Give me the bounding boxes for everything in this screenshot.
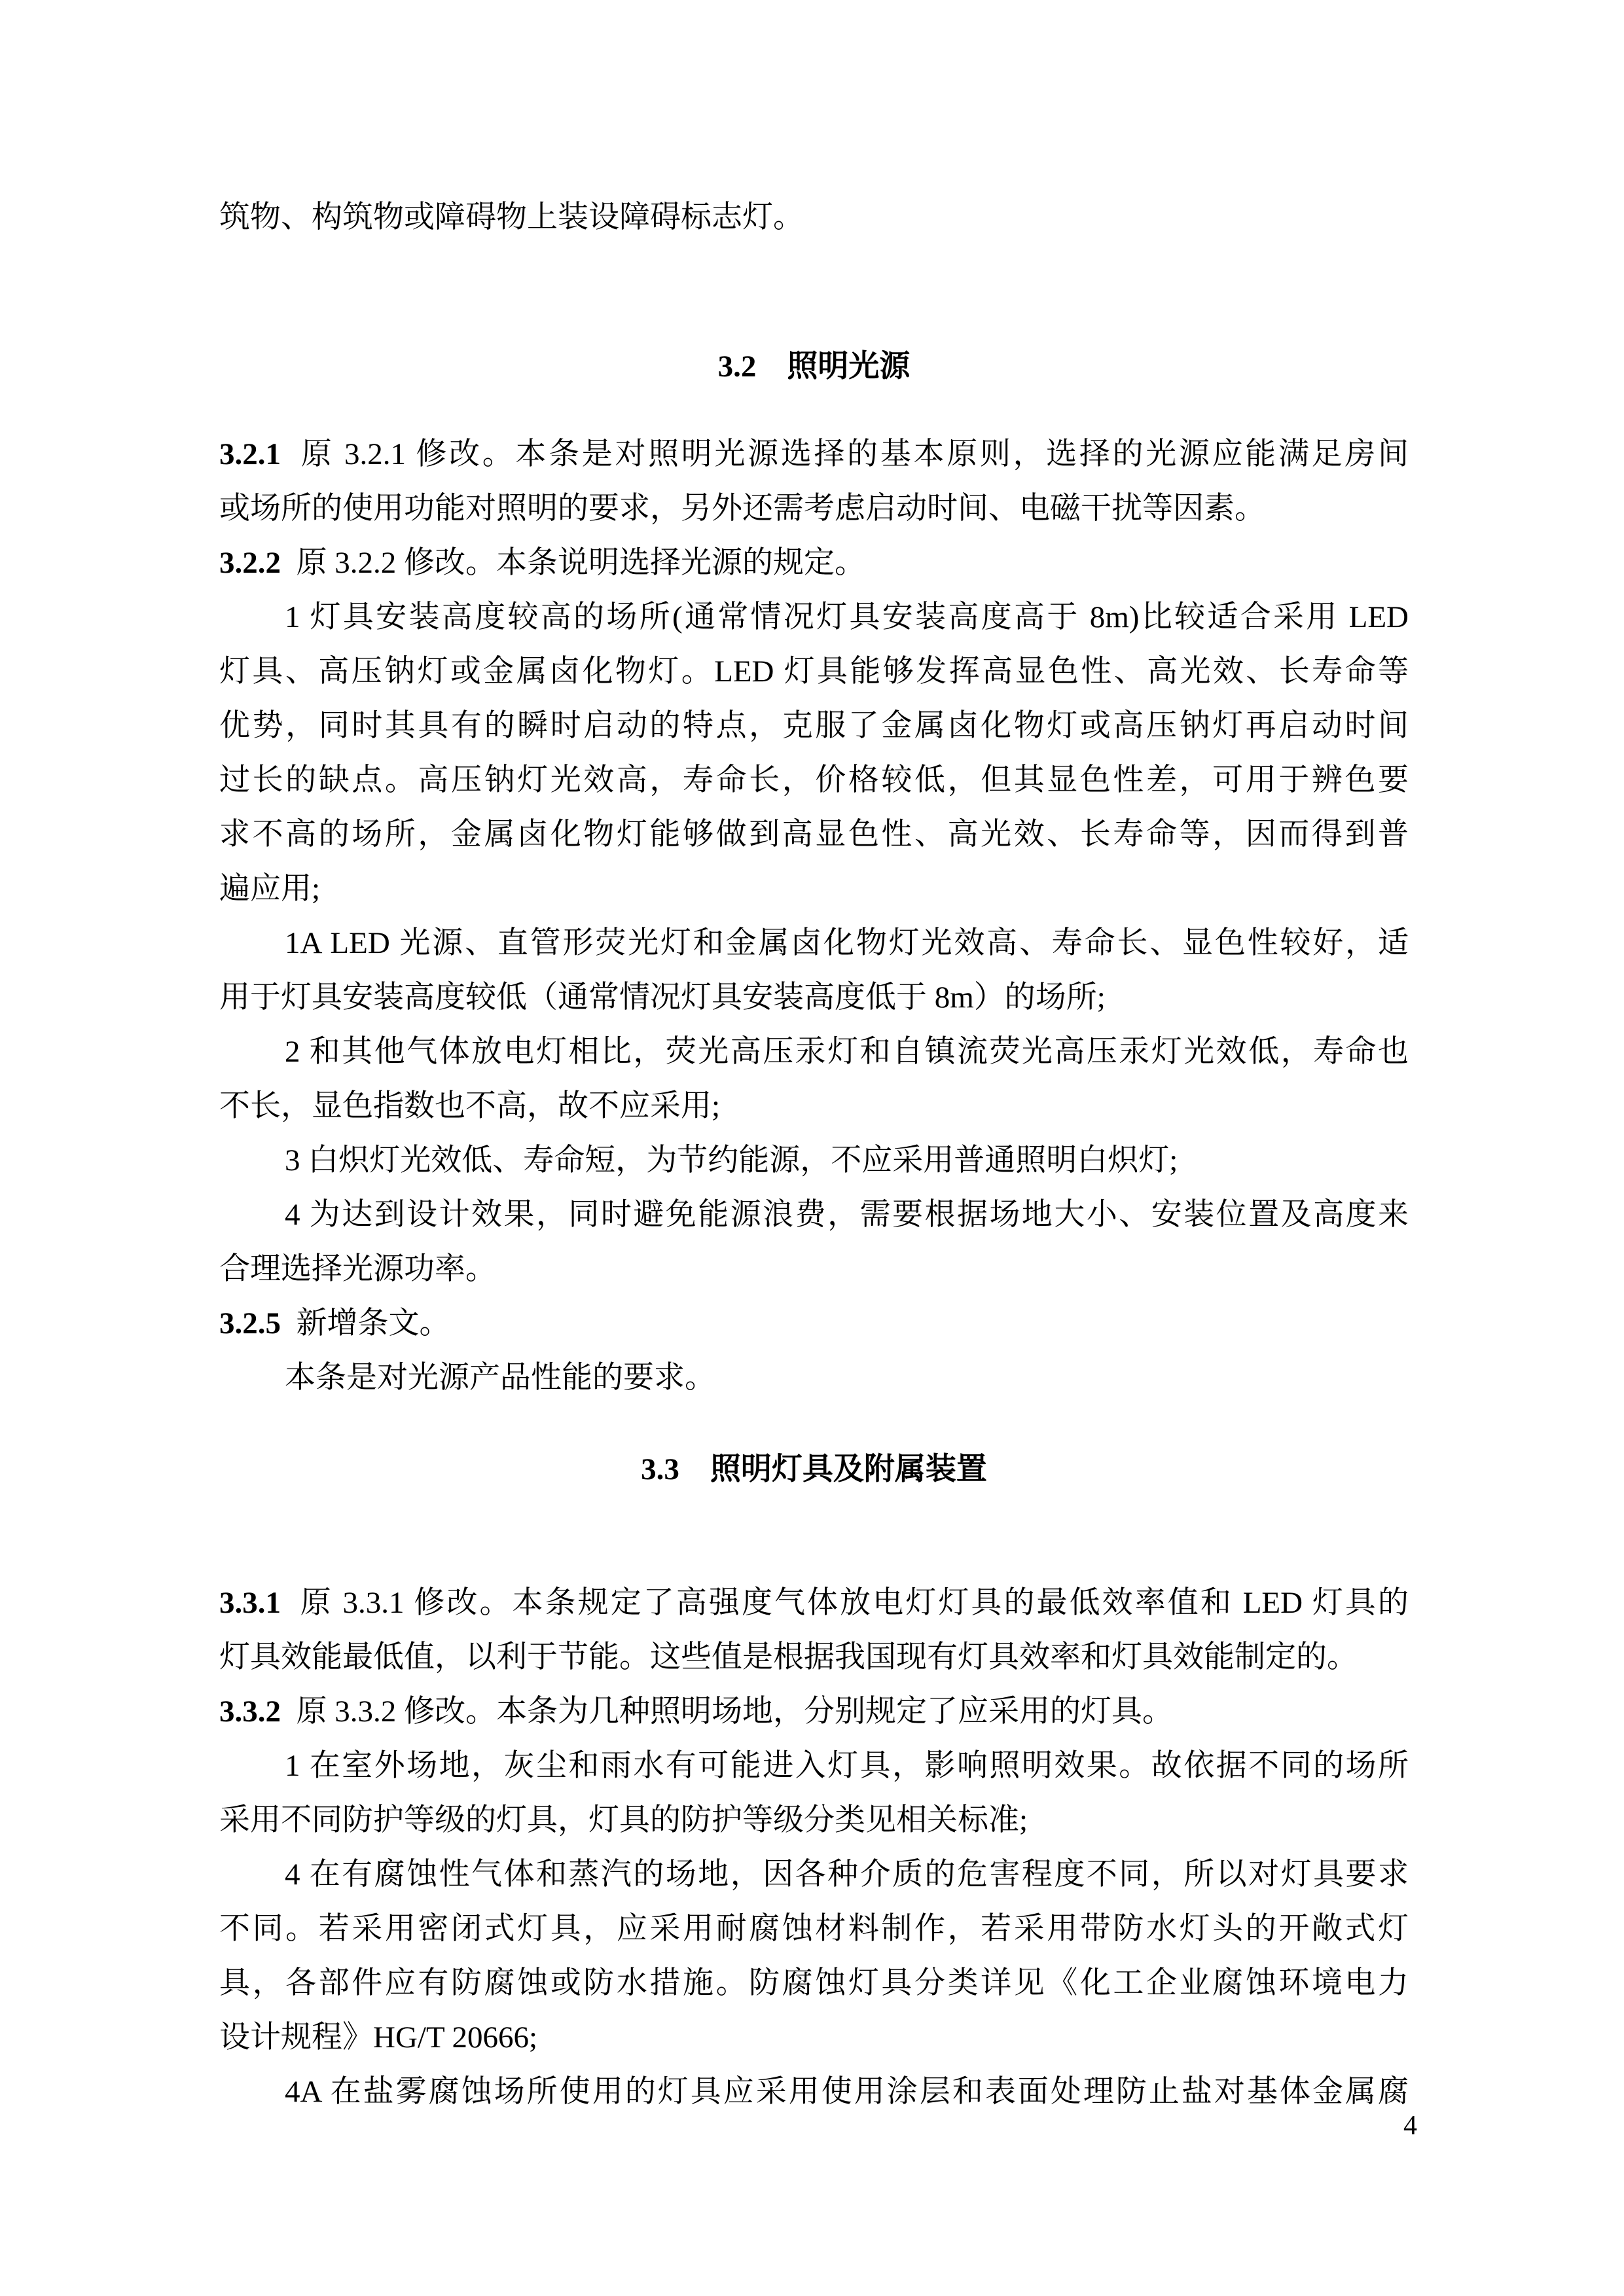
text-line: 3 白炽灯光效低、寿命短，为节约能源，不应采用普通照明白炽灯; (219, 1133, 1409, 1188)
text-segment: 原 3.3.2 修改。本条为几种照明场地，分别规定了应采用的灯具。 (281, 1695, 1173, 1729)
text-line: 筑物、构筑物或障碍物上装设障碍标志灯。 (219, 190, 1409, 245)
text-segment: 具，各部件应有防腐蚀或防水措施。防腐蚀灯具分类详见《化工企业腐蚀环境电力 (219, 1966, 1409, 2000)
bold-text-segment: 3.2.1 (219, 437, 281, 471)
text-line: 4 在有腐蚀性气体和蒸汽的场地，因各种介质的危害程度不同，所以对灯具要求 (219, 1847, 1409, 1902)
text-segment: 4A 在盐雾腐蚀场所使用的灯具应采用使用涂层和表面处理防止盐对基体金属腐 (285, 2075, 1409, 2109)
text-segment: 过长的缺点。高压钠灯光效高，寿命长，价格较低，但其显色性差，可用于辨色要 (219, 763, 1409, 797)
text-line: 设计规程》HG/T 20666; (219, 2010, 1409, 2065)
text-line: 不长，显色指数也不高，故不应采用; (219, 1079, 1409, 1134)
text-segment: 求不高的场所，金属卤化物灯能够做到高显色性、高光效、长寿命等，因而得到普 (219, 817, 1409, 852)
bold-text-segment: 3.3.1 (219, 1586, 281, 1620)
text-line: 3.3.2 原 3.3.2 修改。本条为几种照明场地，分别规定了应采用的灯具。 (219, 1684, 1409, 1739)
text-line: 本条是对光源产品性能的要求。 (219, 1350, 1409, 1405)
text-line: 遍应用; (219, 861, 1409, 916)
text-segment: 1A LED 光源、直管形荧光灯和金属卤化物灯光效高、寿命长、显色性较好，适 (285, 926, 1409, 960)
bold-text-segment: 3.2.2 (219, 546, 281, 580)
text-line: 灯具、高压钠灯或金属卤化物灯。LED 灯具能够发挥高显色性、高光效、长寿命等 (219, 644, 1409, 699)
text-line: 用于灯具安装高度较低（通常情况灯具安装高度低于 8m）的场所; (219, 970, 1409, 1025)
text-segment: 不长，显色指数也不高，故不应采用; (219, 1089, 720, 1123)
bold-text-segment: 3.3 照明灯具及附属装置 (641, 1452, 987, 1486)
text-line: 合理选择光源功率。 (219, 1242, 1409, 1297)
text-line: 灯具效能最低值，以利于节能。这些值是根据我国现有灯具效率和灯具效能制定的。 (219, 1630, 1409, 1685)
text-segment: 原 3.2.2 修改。本条说明选择光源的规定。 (281, 546, 865, 580)
text-segment: 用于灯具安装高度较低（通常情况灯具安装高度低于 8m）的场所; (219, 980, 1106, 1014)
text-line: 3.2.2 原 3.2.2 修改。本条说明选择光源的规定。 (219, 535, 1409, 590)
text-line: 3.2.1 原 3.2.1 修改。本条是对照明光源选择的基本原则，选择的光源应能… (219, 427, 1409, 482)
text-segment: 或场所的使用功能对照明的要求，另外还需考虑启动时间、电磁干扰等因素。 (219, 492, 1265, 526)
text-segment: 原 3.2.1 修改。本条是对照明光源选择的基本原则，选择的光源应能满足房间 (281, 437, 1409, 471)
text-segment: 2 和其他气体放电灯相比，荧光高压汞灯和自镇流荧光高压汞灯光效低，寿命也 (285, 1035, 1409, 1069)
text-segment: 1 灯具安装高度较高的场所(通常情况灯具安装高度高于 8m)比较适合采用 LED (285, 600, 1409, 634)
text-segment: 4 为达到设计效果，同时避免能源浪费，需要根据场地大小、安装位置及高度来 (285, 1198, 1409, 1232)
text-segment: 遍应用; (219, 872, 320, 906)
text-line: 采用不同防护等级的灯具，灯具的防护等级分类见相关标准; (219, 1793, 1409, 1848)
bold-text-segment: 3.2.5 (219, 1306, 281, 1340)
text-line: 或场所的使用功能对照明的要求，另外还需考虑启动时间、电磁干扰等因素。 (219, 481, 1409, 536)
section-heading: 3.2 照明光源 (219, 339, 1409, 394)
text-line: 求不高的场所，金属卤化物灯能够做到高显色性、高光效、长寿命等，因而得到普 (219, 807, 1409, 862)
text-segment: 1 在室外场地，灰尘和雨水有可能进入灯具，影响照明效果。故依据不同的场所 (285, 1749, 1409, 1783)
text-segment: 灯具、高压钠灯或金属卤化物灯。LED 灯具能够发挥高显色性、高光效、长寿命等 (219, 655, 1409, 689)
text-segment: 本条是对光源产品性能的要求。 (285, 1361, 715, 1395)
text-segment: 4 在有腐蚀性气体和蒸汽的场地，因各种介质的危害程度不同，所以对灯具要求 (285, 1857, 1409, 1892)
text-segment: 筑物、构筑物或障碍物上装设障碍标志灯。 (219, 200, 804, 234)
text-line: 1 在室外场地，灰尘和雨水有可能进入灯具，影响照明效果。故依据不同的场所 (219, 1738, 1409, 1793)
text-line: 具，各部件应有防腐蚀或防水措施。防腐蚀灯具分类详见《化工企业腐蚀环境电力 (219, 1956, 1409, 2011)
text-line: 3.3.1 原 3.3.1 修改。本条规定了高强度气体放电灯灯具的最低效率值和 … (219, 1575, 1409, 1630)
bold-text-segment: 3.2 照明光源 (718, 350, 911, 384)
text-segment: 灯具效能最低值，以利于节能。这些值是根据我国现有灯具效率和灯具效能制定的。 (219, 1640, 1358, 1674)
text-segment: 优势，同时其具有的瞬时启动的特点，克服了金属卤化物灯或高压钠灯再启动时间 (219, 709, 1409, 743)
text-line: 不同。若采用密闭式灯具，应采用耐腐蚀材料制作，若采用带防水灯头的开敞式灯 (219, 1901, 1409, 1956)
text-segment: 3 白炽灯光效低、寿命短，为节约能源，不应采用普通照明白炽灯; (285, 1143, 1178, 1177)
text-line: 过长的缺点。高压钠灯光效高，寿命长，价格较低，但其显色性差，可用于辨色要 (219, 753, 1409, 808)
document-page: 4 筑物、构筑物或障碍物上装设障碍标志灯。3.2 照明光源3.2.1 原 3.2… (0, 0, 1624, 2296)
text-segment: 设计规程》HG/T 20666; (219, 2020, 537, 2054)
text-line: 1A LED 光源、直管形荧光灯和金属卤化物灯光效高、寿命长、显色性较好，适 (219, 916, 1409, 971)
text-line: 4A 在盐雾腐蚀场所使用的灯具应采用使用涂层和表面处理防止盐对基体金属腐 (219, 2064, 1409, 2119)
text-segment: 不同。若采用密闭式灯具，应采用耐腐蚀材料制作，若采用带防水灯头的开敞式灯 (219, 1912, 1409, 1946)
section-heading: 3.3 照明灯具及附属装置 (219, 1442, 1409, 1497)
text-line: 4 为达到设计效果，同时避免能源浪费，需要根据场地大小、安装位置及高度来 (219, 1187, 1409, 1242)
text-segment: 新增条文。 (281, 1306, 450, 1340)
text-line: 3.2.5 新增条文。 (219, 1296, 1409, 1351)
text-line: 1 灯具安装高度较高的场所(通常情况灯具安装高度高于 8m)比较适合采用 LED (219, 590, 1409, 645)
text-line: 2 和其他气体放电灯相比，荧光高压汞灯和自镇流荧光高压汞灯光效低，寿命也 (219, 1024, 1409, 1079)
text-segment: 原 3.3.1 修改。本条规定了高强度气体放电灯灯具的最低效率值和 LED 灯具… (281, 1586, 1409, 1620)
text-segment: 合理选择光源功率。 (219, 1252, 496, 1286)
bold-text-segment: 3.3.2 (219, 1695, 281, 1729)
text-line: 优势，同时其具有的瞬时启动的特点，克服了金属卤化物灯或高压钠灯再启动时间 (219, 698, 1409, 753)
text-segment: 采用不同防护等级的灯具，灯具的防护等级分类见相关标准; (219, 1803, 1028, 1837)
